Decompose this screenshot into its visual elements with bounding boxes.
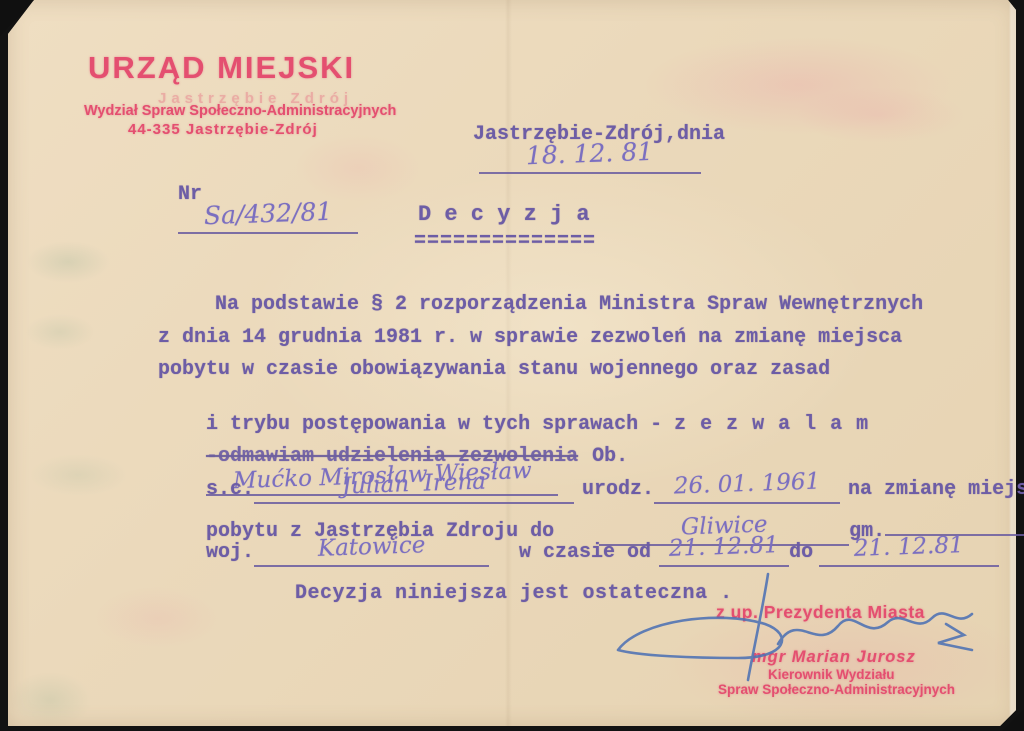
period-to-field: 21. 12.81	[819, 539, 999, 567]
case-number-line: Nr Sa/432/81	[130, 160, 358, 257]
case-number-value: Sa/432/81	[203, 201, 332, 227]
para-line-2: z dnia 14 grudnia 1981 r. w sprawie zezw…	[158, 326, 902, 349]
office-department: Wydział Spraw Społeczno-Administracyjnyc…	[84, 103, 396, 119]
date-value: 18. 12. 81	[526, 141, 654, 167]
office-stamp: URZĄD MIEJSKI	[88, 50, 355, 86]
title-underline: ==============	[414, 230, 596, 253]
voivodeship-label: woj.	[206, 541, 254, 564]
period-to-label: do	[789, 541, 813, 564]
date-field: 18. 12. 81	[479, 146, 701, 174]
case-number-field: Sa/432/81	[178, 206, 358, 234]
voivodeship-value: Katowice	[317, 534, 425, 560]
period-from: 21. 12.81	[669, 534, 779, 560]
decision-word: z e z w a l a m	[674, 413, 869, 436]
period-label: w czasie od	[519, 541, 651, 564]
office-address: 44-335 Jastrzębie-Zdrój	[128, 121, 318, 138]
para-line-3: pobytu w czasie obowiązywania stanu woje…	[158, 358, 830, 381]
place-date-line: Jastrzębie-Zdrój,dnia 18. 12. 81	[425, 100, 725, 197]
decision-title: D e c y z j a	[418, 202, 590, 227]
period-to: 21. 12.81	[854, 534, 964, 560]
office-name: URZĄD MIEJSKI	[88, 50, 355, 85]
scanned-document: URZĄD MIEJSKI Jastrzębie Zdrój Wydział S…	[0, 0, 1024, 731]
para-line-1: Na podstawie § 2 rozporządzenia Ministra…	[215, 293, 923, 316]
signature-scribble	[600, 572, 1000, 702]
period-from-field: 21. 12.81	[659, 539, 789, 567]
voivodeship-field: Katowice	[254, 539, 489, 567]
case-number-label: Nr	[178, 183, 202, 206]
